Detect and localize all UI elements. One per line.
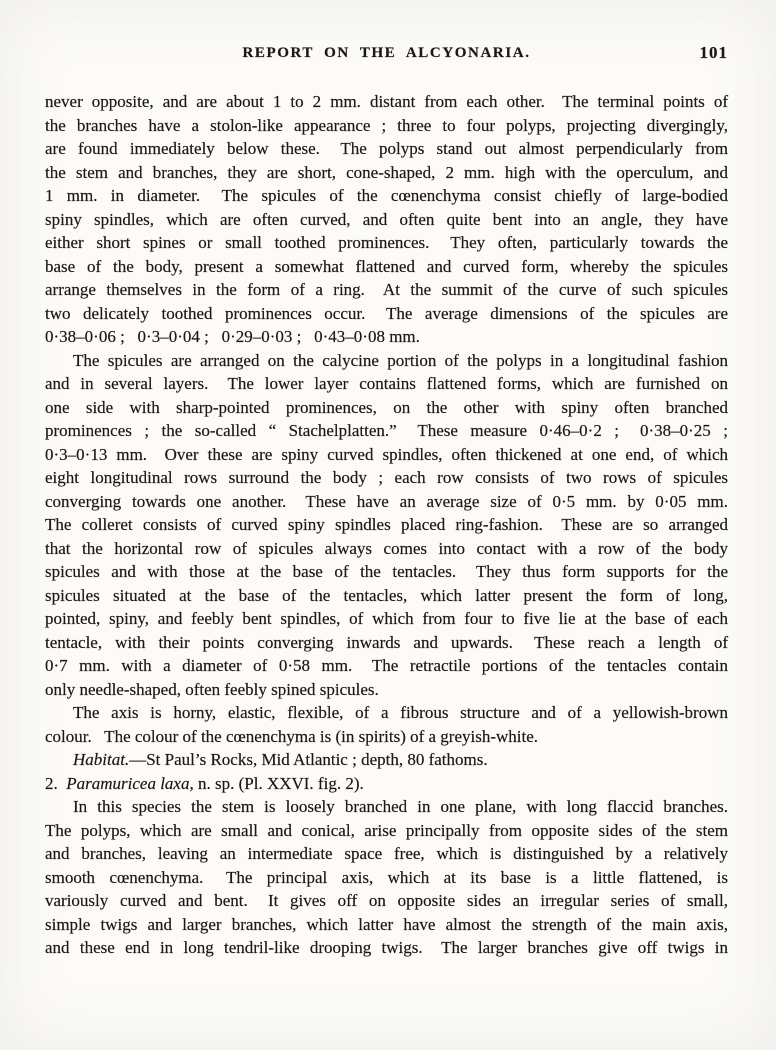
text-line: base of the body, present a somewhat fla… xyxy=(45,255,728,279)
species-heading-rest: , n. sp. (Pl. XXVI. fig. 2). xyxy=(189,774,363,793)
paragraph-spicule-description: never opposite, and are about 1 to 2 mm.… xyxy=(45,90,728,349)
text-line: In this species the stem is loosely bran… xyxy=(45,795,728,819)
text-line: eight longitudinal rows surround the bod… xyxy=(45,466,728,490)
text-line: spiny spindles, which are often curved, … xyxy=(45,208,728,232)
text-line: the branches have a stolon-like appearan… xyxy=(45,114,728,138)
text-line: spicules situated at the base of the ten… xyxy=(45,584,728,608)
text-line: and these end in long tendril-like droop… xyxy=(45,936,728,960)
text-line: never opposite, and are about 1 to 2 mm.… xyxy=(45,90,728,114)
text-line: prominences ; the so-called “ Stachelpla… xyxy=(45,419,728,443)
text-line: two delicately toothed prominences occur… xyxy=(45,302,728,326)
text-line: that the horizontal row of spicules alwa… xyxy=(45,537,728,561)
habitat-line: Habitat.—St Paul’s Rocks, Mid Atlantic ;… xyxy=(45,748,728,772)
text-line: are found immediately below these. The p… xyxy=(45,137,728,161)
species-number: 2. xyxy=(45,774,66,793)
text-line: the stem and branches, they are short, c… xyxy=(45,161,728,185)
text-line: one side with sharp-pointed prominences,… xyxy=(45,396,728,420)
text-line: colour. The colour of the cœnenchyma is … xyxy=(45,725,728,749)
text-line: smooth cœnenchyma. The principal axis, w… xyxy=(45,866,728,890)
text-line: pointed, spiny, and feebly bent spindles… xyxy=(45,607,728,631)
text-line: The colleret consists of curved spiny sp… xyxy=(45,513,728,537)
habitat-paragraph: Habitat.—St Paul’s Rocks, Mid Atlantic ;… xyxy=(45,748,728,772)
text-line: spicules and with those at the base of t… xyxy=(45,560,728,584)
text-line: variously curved and bent. It gives off … xyxy=(45,889,728,913)
text-line: and in several layers. The lower layer c… xyxy=(45,372,728,396)
text-line: 1 mm. in diameter. The spicules of the c… xyxy=(45,184,728,208)
page-body: never opposite, and are about 1 to 2 mm.… xyxy=(45,90,728,960)
species-name: Paramuricea laxa xyxy=(66,774,189,793)
habitat-label: Habitat. xyxy=(73,750,129,769)
page-header: REPORT ON THE ALCYONARIA. 101 xyxy=(45,45,728,67)
text-line-spicule-dimensions: 0·38–0·06 ; 0·3–0·04 ; 0·29–0·03 ; 0·43–… xyxy=(45,325,728,349)
text-line: tentacle, with their points converging i… xyxy=(45,631,728,655)
text-line: 0·3–0·13 mm. Over these are spiny curved… xyxy=(45,443,728,467)
paragraph-axis-colour: The axis is horny, elastic, flexible, of… xyxy=(45,701,728,748)
text-line: The spicules are arranged on the calycin… xyxy=(45,349,728,373)
text-line: only needle-shaped, often feebly spined … xyxy=(45,678,728,702)
paragraph-spicule-arrangement: The spicules are arranged on the calycin… xyxy=(45,349,728,702)
text-line: and branches, leaving an intermediate sp… xyxy=(45,842,728,866)
text-line: The polyps, which are small and conical,… xyxy=(45,819,728,843)
page-number: 101 xyxy=(700,43,729,63)
text-line: 0·7 mm. with a diameter of 0·58 mm. The … xyxy=(45,654,728,678)
paragraph-paramuricea-laxa-description: In this species the stem is loosely bran… xyxy=(45,795,728,960)
text-line: either short spines or small toothed pro… xyxy=(45,231,728,255)
species-heading: 2. Paramuricea laxa, n. sp. (Pl. XXVI. f… xyxy=(45,772,728,796)
text-line: arrange themselves in the form of a ring… xyxy=(45,278,728,302)
habitat-text: —St Paul’s Rocks, Mid Atlantic ; depth, … xyxy=(129,750,487,769)
text-line: The axis is horny, elastic, flexible, of… xyxy=(45,701,728,725)
text-line: converging towards one another. These ha… xyxy=(45,490,728,514)
running-title: REPORT ON THE ALCYONARIA. xyxy=(45,45,728,62)
text-line: simple twigs and larger branches, which … xyxy=(45,913,728,937)
